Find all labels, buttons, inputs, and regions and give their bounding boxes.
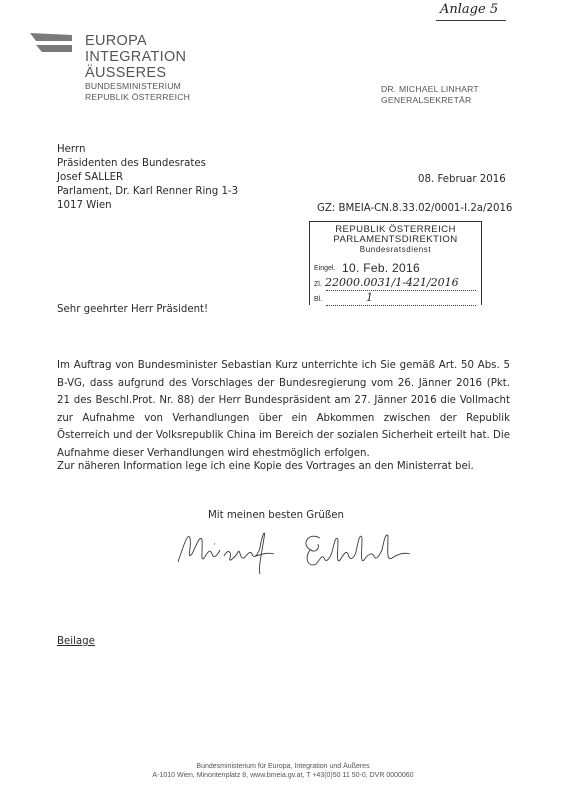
- annotation-underline: [436, 20, 506, 21]
- stamp-bl-label: Bl.: [314, 296, 322, 303]
- footer: Bundesministerium für Europa, Integratio…: [0, 762, 566, 780]
- recipient-line: 1017 Wien: [57, 199, 238, 213]
- received-stamp: REPUBLIK ÖSTERREICH PARLAMENTSDIREKTION …: [309, 221, 482, 305]
- letterhead-line: EUROPA: [85, 33, 190, 49]
- recipient-line: Parlament, Dr. Karl Renner Ring 1-3: [57, 185, 238, 199]
- sender-name: DR. MICHAEL LINHART: [381, 84, 479, 95]
- stamp-line2: PARLAMENTSDIREKTION: [310, 235, 481, 245]
- ministry-letterhead: EUROPA INTEGRATION ÄUSSERES BUNDESMINIST…: [85, 33, 190, 103]
- stamp-zl-label: Zl.: [314, 281, 322, 288]
- sender-block: DR. MICHAEL LINHART GENERALSEKRETÄR: [381, 84, 479, 106]
- signature-icon: [170, 524, 420, 576]
- stamp-line3: Bundesratsdienst: [310, 245, 481, 254]
- salutation: Sehr geehrter Herr Präsident!: [57, 304, 208, 315]
- austria-flag-logo-icon: [30, 33, 72, 55]
- closing: Mit meinen besten Grüßen: [208, 510, 344, 521]
- body-paragraph: Zur näheren Information lege ich eine Ko…: [57, 461, 474, 472]
- stamp-received-date: 10. Feb. 2016: [342, 261, 420, 275]
- handwritten-annotation: Anlage 5: [440, 2, 498, 17]
- stamp-eingel-label: Eingel.: [314, 265, 335, 272]
- body-paragraph: Im Auftrag von Bundesminister Sebastian …: [57, 357, 510, 463]
- recipient-address: Herrn Präsidenten des Bundesrates Josef …: [57, 143, 238, 213]
- reference-number: GZ: BMEIA-CN.8.33.02/0001-I.2a/2016: [317, 203, 512, 214]
- stamp-dotted-line: [326, 290, 476, 291]
- stamp-zl-value: 22000.0031/1-421/2016: [325, 276, 459, 289]
- recipient-line: Herrn: [57, 143, 238, 157]
- letterhead-subline: BUNDESMINISTERIUM: [85, 81, 190, 92]
- stamp-bl-value: 1: [366, 291, 373, 304]
- attachment-label: Beilage: [57, 636, 95, 647]
- footer-ministry: Bundesministerium für Europa, Integratio…: [0, 762, 566, 771]
- recipient-line: Präsidenten des Bundesrates: [57, 157, 238, 171]
- sender-title: GENERALSEKRETÄR: [381, 95, 479, 106]
- stamp-dotted-line: [326, 305, 476, 306]
- letter-date: 08. Februar 2016: [418, 174, 506, 185]
- letterhead-line: INTEGRATION: [85, 49, 190, 65]
- recipient-line: Josef SALLER: [57, 171, 238, 185]
- letterhead-line: ÄUSSERES: [85, 65, 190, 81]
- footer-contact: A-1010 Wien, Minoritenplatz 8, www.bmeia…: [0, 771, 566, 780]
- letterhead-subline: REPUBLIK ÖSTERREICH: [85, 92, 190, 103]
